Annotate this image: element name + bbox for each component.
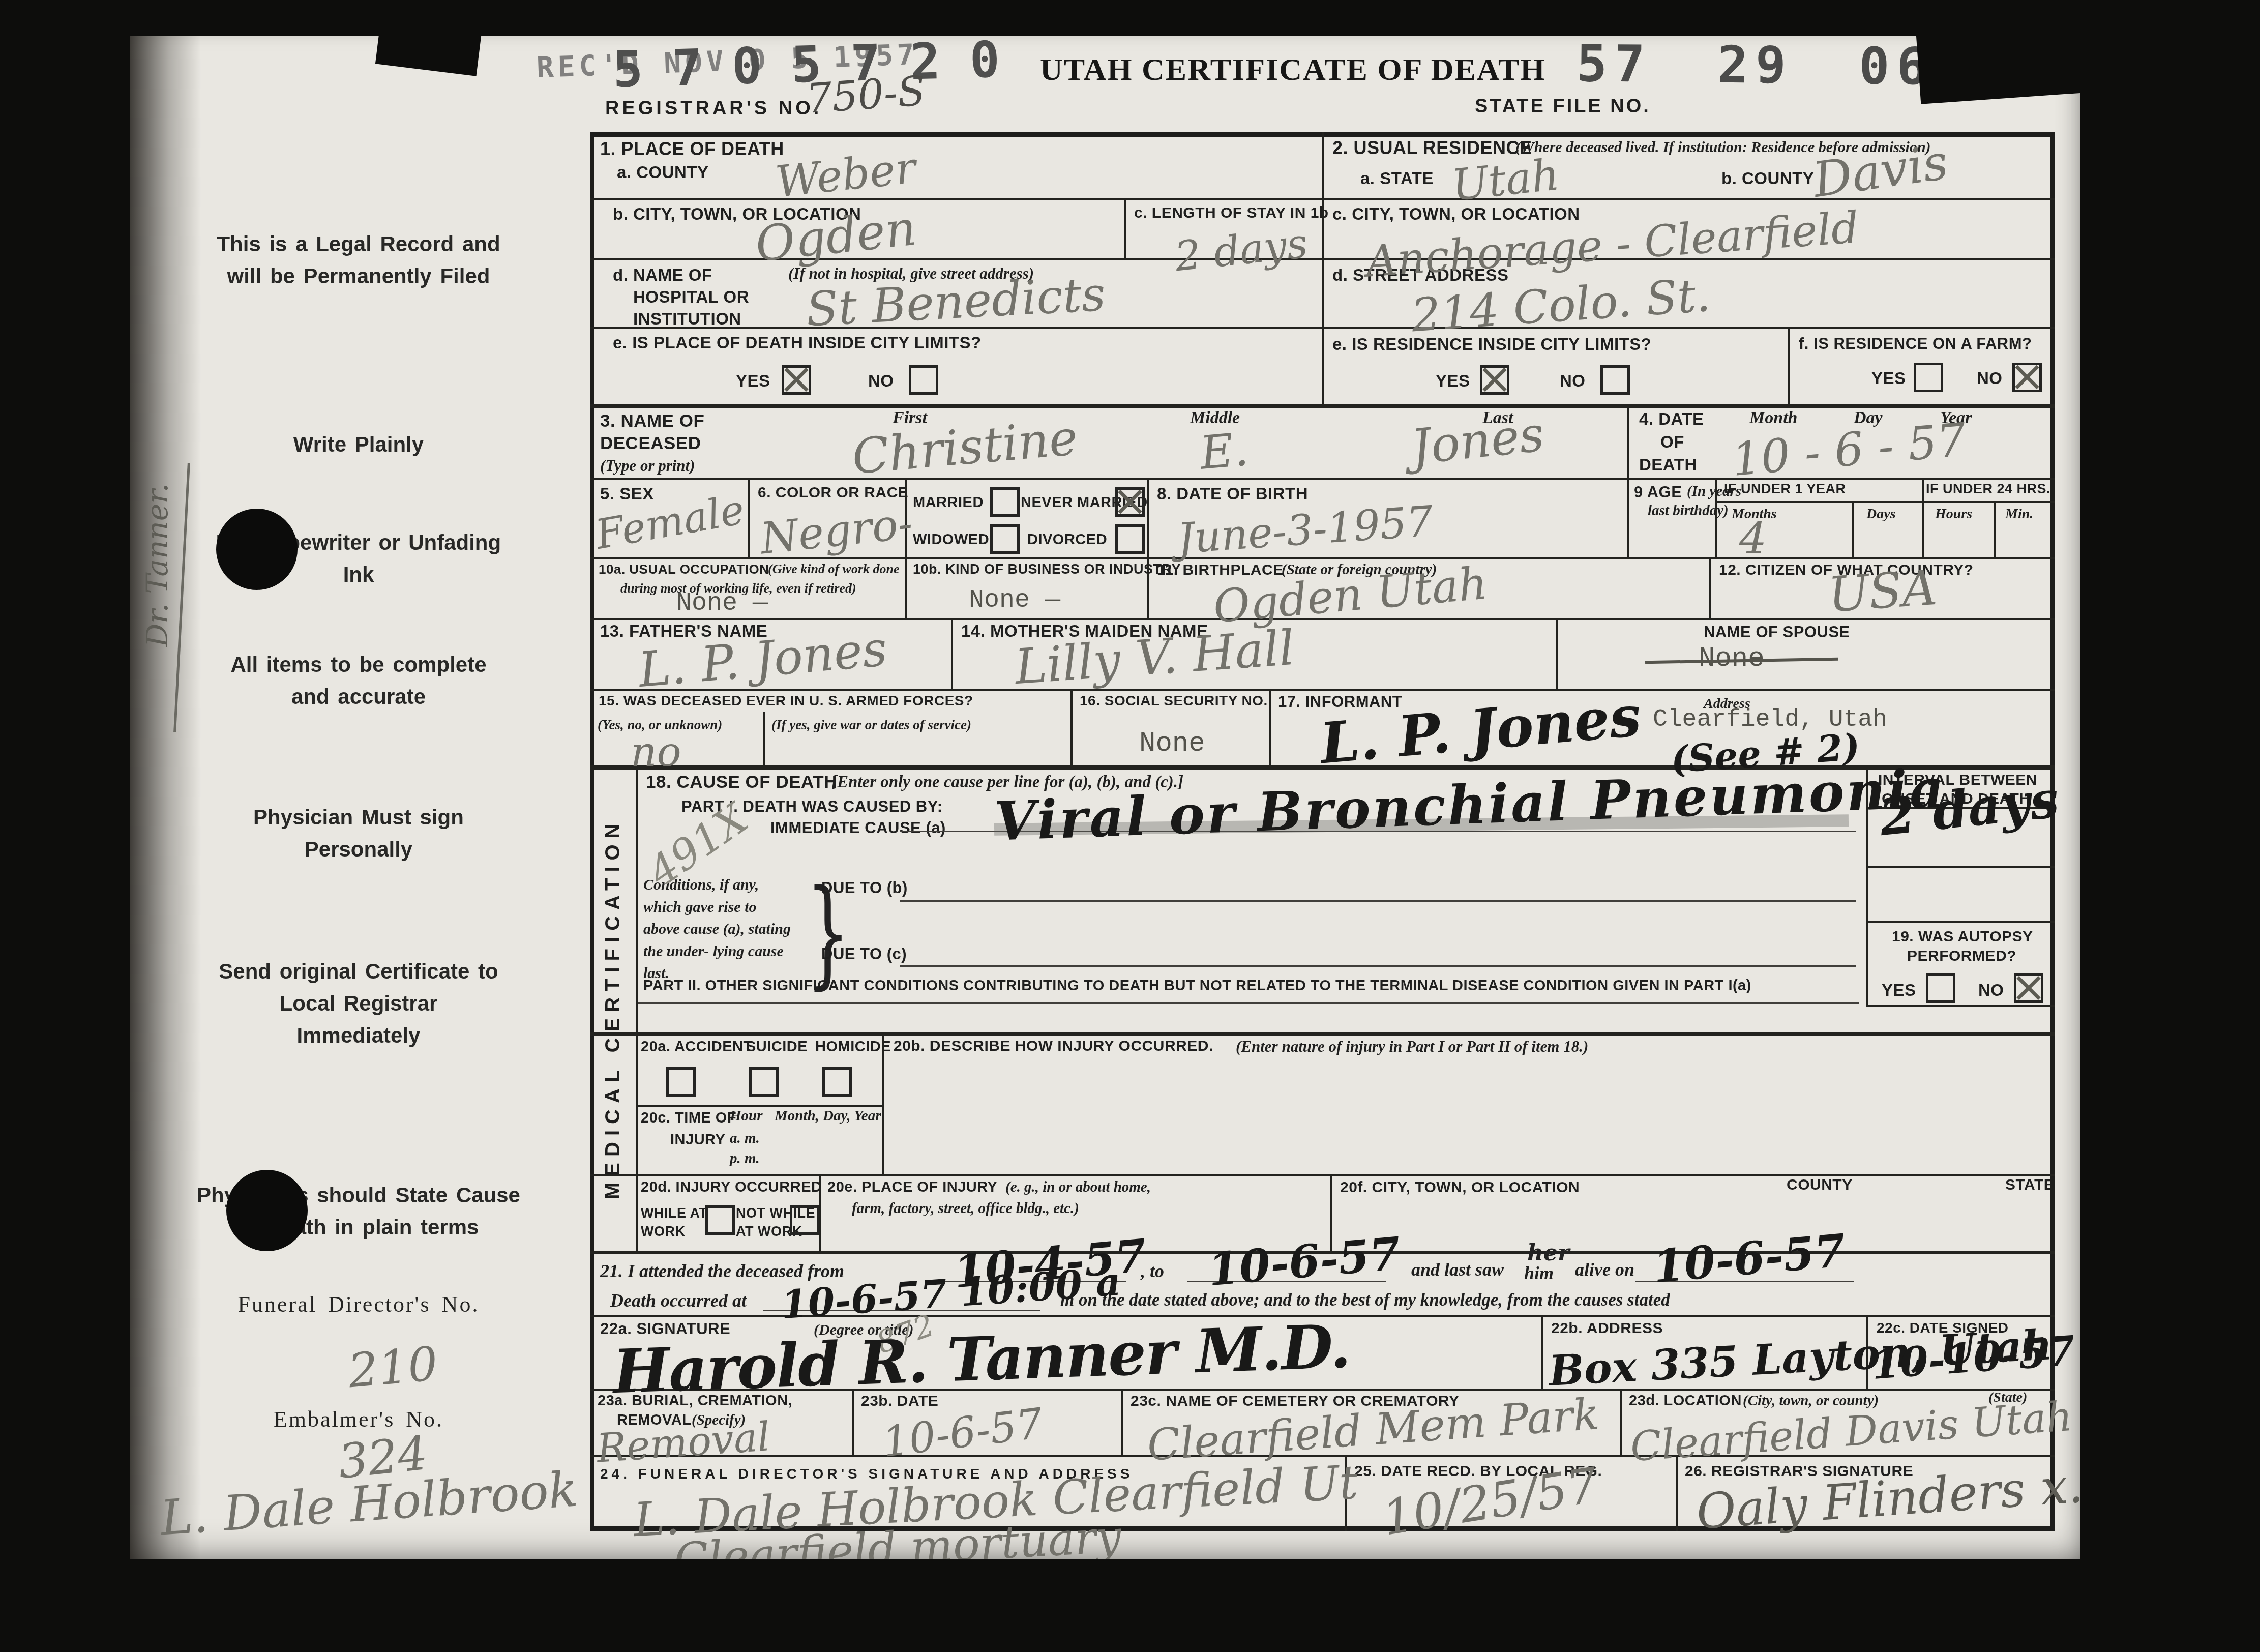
accident-checkbox [666,1067,696,1097]
never-married-checkbox [1115,487,1145,517]
armed-forces-value: no [631,728,681,776]
widowed-checkbox [990,524,1020,554]
married-checkbox [990,487,1020,517]
scan-notch [375,36,484,76]
punch-hole-bottom [226,1170,308,1251]
margin-write-plainly: Write Plainly [216,428,501,460]
grid-line [1715,501,2055,503]
grid-line [1541,1315,1543,1389]
grid-line [1269,689,1271,765]
grid-line [748,478,750,557]
grid-line [1322,132,1324,404]
registrars-no-value: 750-S [805,67,927,123]
funeral-directors-no-value: 210 [346,1337,440,1399]
ssn-value: None [1139,728,1205,759]
grid-line [1070,689,1073,765]
part2-line [638,1002,1859,1004]
registrars-no-label: REGISTRAR'S NO. [605,98,822,120]
grid-line [882,1032,884,1174]
autopsy-yes-checkbox [1926,973,1955,1003]
age-months-value: 4 [1739,514,1767,564]
funeral-directors-no-label: Funeral Director's No. [216,1288,501,1321]
grid-line [1866,921,2055,923]
due-to-c-line [900,965,1856,967]
margin-legal-record: This is a Legal Record and will be Perma… [216,228,501,292]
embalmers-no-label: Embalmer's No. [216,1403,501,1436]
state-file-no-label: STATE FILE NO. [1475,96,1651,117]
while-at-work-checkbox [705,1205,735,1235]
margin-all-items: All items to be complete and accurate [216,648,501,713]
margin-physician-sign: Physician Must sign Personally [216,801,501,865]
citizen-value: USA [1826,560,1939,624]
homicide-checkbox [822,1067,852,1097]
grid-line [1994,501,1996,557]
residence-limits-no-checkbox [1600,365,1630,395]
grid-line [763,712,765,765]
certificate-paper: REC'D NOV 0 5 1957 5705720 REGISTRAR'S N… [130,36,2080,1559]
grid-line [1788,327,1790,404]
occupation-value: None — [676,589,768,618]
grid-line [590,404,2055,408]
grid-line [1852,501,1854,557]
scanned-page: REC'D NOV 0 5 1957 5705720 REGISTRAR'S N… [0,0,2260,1652]
grid-line [636,1105,882,1107]
grid-line [1556,618,1558,689]
grid-line [1627,404,1629,557]
place-limits-yes-checkbox [782,365,811,395]
residence-limits-yes-checkbox [1480,365,1509,395]
grid-line [590,689,2055,691]
middle-name-value: E. [1198,423,1251,480]
punch-hole-top [216,509,298,590]
grid-line [1620,1389,1622,1455]
margin-send-original: Send original Certificate to Local Regis… [216,955,501,1051]
scan-corner [1914,36,2080,104]
grid-line [1124,198,1126,258]
business-value: None — [969,586,1060,615]
grid-line [636,765,638,1251]
grid-line [1147,478,1149,618]
not-while-at-work-checkbox [790,1205,819,1235]
farm-yes-checkbox [1914,363,1943,392]
grid-line [590,478,2055,480]
grid-line [590,1032,2055,1036]
grid-line [951,618,953,689]
autopsy-no-checkbox [2014,973,2043,1003]
certificate-title: UTAH CERTIFICATE OF DEATH [1040,52,1498,88]
margin-pencil-line [173,463,190,732]
grid-line [1121,1389,1123,1455]
suicide-checkbox [749,1067,779,1097]
farm-no-checkbox [2012,363,2042,392]
grid-line [1866,866,2055,868]
her-struck: her [1527,1240,1569,1266]
grid-line [1866,1005,2055,1007]
grid-line [1922,478,1924,557]
place-limits-no-checkbox [909,365,938,395]
margin-dr-tanner-note: Dr. Tanner. [140,483,174,647]
grid-line [1715,478,1717,557]
divorced-checkbox [1115,524,1145,554]
grid-line [1709,557,1711,618]
grid-line [590,1174,2055,1176]
due-to-b-line [900,900,1856,902]
